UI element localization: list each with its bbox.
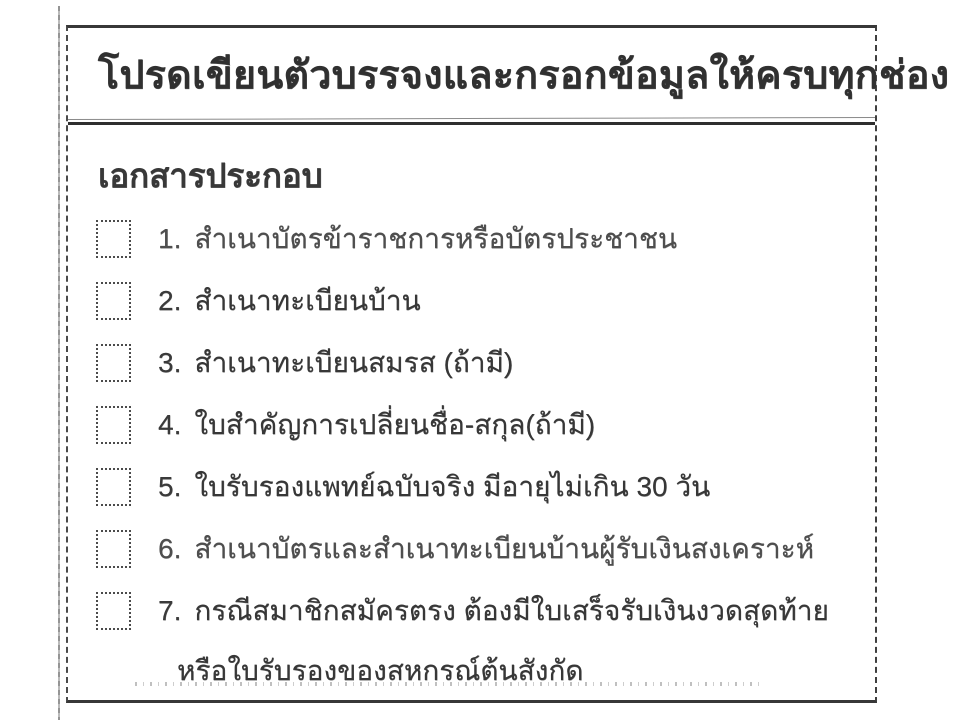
- checklist-item-5: 5. ใบรับรองแพทย์ฉบับจริง มีอายุไม่เกิน 3…: [96, 456, 859, 518]
- scan-artifact-faded-print: [135, 682, 765, 686]
- item-number: 5.: [158, 471, 181, 503]
- item-continuation-label: หรือใบรับรองของสหกรณ์ต้นสังกัด: [177, 649, 583, 693]
- checklist-item-1: 1. สำเนาบัตรข้าราชการหรือบัตรประชาชน: [96, 208, 859, 270]
- checkbox-item-7[interactable]: [96, 592, 131, 630]
- instruction-header-box: โปรดเขียนตัวบรรจงและกรอกข้อมูลให้ครบทุกช…: [68, 28, 875, 125]
- document-frame: โปรดเขียนตัวบรรจงและกรอกข้อมูลให้ครบทุกช…: [66, 25, 877, 703]
- checklist-item-3: 3. สำเนาทะเบียนสมรส (ถ้ามี): [96, 332, 859, 394]
- checkbox-item-5[interactable]: [96, 468, 131, 506]
- scan-artifact-left-line: [58, 6, 60, 720]
- item-number: 6.: [158, 533, 181, 565]
- item-number: 7.: [158, 595, 181, 627]
- item-label: ใบสำคัญการเปลี่ยนชื่อ-สกุล(ถ้ามี): [194, 403, 595, 447]
- section-title-supporting-documents: เอกสารประกอบ: [98, 149, 859, 202]
- checkbox-item-6[interactable]: [96, 530, 131, 568]
- item-label: กรณีสมาชิกสมัครตรง ต้องมีใบเสร็จรับเงินง…: [194, 589, 829, 633]
- item-number: 1.: [158, 223, 181, 255]
- checkbox-item-3[interactable]: [96, 344, 131, 382]
- item-number: 2.: [158, 285, 181, 317]
- item-label: ใบรับรองแพทย์ฉบับจริง มีอายุไม่เกิน 30 ว…: [194, 465, 710, 509]
- checkbox-item-1[interactable]: [96, 220, 131, 258]
- item-label: สำเนาทะเบียนบ้าน: [194, 279, 420, 323]
- item-number: 3.: [158, 347, 181, 379]
- checklist-item-2: 2. สำเนาทะเบียนบ้าน: [96, 270, 859, 332]
- scanned-document-page: โปรดเขียนตัวบรรจงและกรอกข้อมูลให้ครบทุกช…: [0, 0, 960, 720]
- checklist-item-4: 4. ใบสำคัญการเปลี่ยนชื่อ-สกุล(ถ้ามี): [96, 394, 859, 456]
- instruction-header-text: โปรดเขียนตัวบรรจงและกรอกข้อมูลให้ครบทุกช…: [98, 44, 949, 106]
- checklist-item-7: 7. กรณีสมาชิกสมัครตรง ต้องมีใบเสร็จรับเง…: [96, 580, 859, 642]
- checklist-item-7-continuation: หรือใบรับรองของสหกรณ์ต้นสังกัด: [177, 642, 859, 700]
- item-label: สำเนาบัตรและสำเนาทะเบียนบ้านผู้รับเงินสง…: [194, 527, 814, 571]
- checkbox-item-4[interactable]: [96, 406, 131, 444]
- checkbox-item-2[interactable]: [96, 282, 131, 320]
- checklist-section: เอกสารประกอบ 1. สำเนาบัตรข้าราชการหรือบั…: [68, 125, 875, 700]
- item-label: สำเนาบัตรข้าราชการหรือบัตรประชาชน: [194, 217, 677, 261]
- checklist-item-6: 6. สำเนาบัตรและสำเนาทะเบียนบ้านผู้รับเงิ…: [96, 518, 859, 580]
- item-number: 4.: [158, 409, 181, 441]
- item-label: สำเนาทะเบียนสมรส (ถ้ามี): [194, 341, 513, 385]
